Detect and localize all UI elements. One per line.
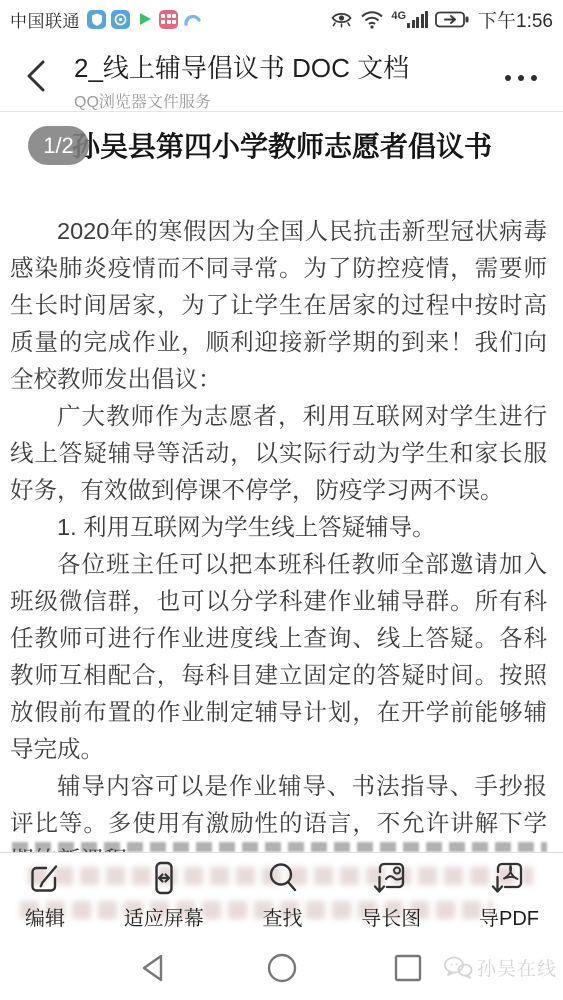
nav-back-button[interactable] bbox=[134, 950, 170, 986]
nav-recents-square-icon bbox=[393, 953, 423, 983]
grid-app-icon bbox=[159, 10, 178, 29]
toolbar-item-label: 查找 bbox=[263, 902, 303, 931]
bottom-toolbar: 编辑 适应屏幕 查找 bbox=[0, 852, 563, 938]
document-heading: 孙吴县第四小学教师志愿者倡议书 bbox=[72, 127, 547, 167]
system-navbar: 孙吴在线 bbox=[0, 938, 563, 1000]
back-chevron-icon bbox=[24, 59, 48, 93]
edit-icon bbox=[24, 857, 66, 899]
export-long-image-icon bbox=[370, 857, 412, 899]
notification-icons bbox=[87, 10, 202, 29]
watermark: 孙吴在线 bbox=[443, 954, 557, 981]
export-pdf-button[interactable]: 导PDF bbox=[479, 857, 539, 931]
toolbar-item-label: 适应屏幕 bbox=[124, 902, 204, 931]
document-title: 2_线上辅导倡议书 DOC 文档 bbox=[74, 48, 473, 85]
signal-icon: 4G bbox=[391, 11, 428, 28]
wifi-icon bbox=[360, 10, 384, 29]
export-long-image-button[interactable]: 导长图 bbox=[361, 857, 421, 931]
eye-protection-icon bbox=[330, 10, 353, 28]
export-pdf-icon bbox=[488, 857, 530, 899]
clipped-text-line bbox=[12, 842, 547, 852]
nav-recents-button[interactable] bbox=[390, 950, 426, 986]
status-bar: 中国联通 bbox=[0, 0, 563, 38]
status-right-cluster: 4G 下午1:56 bbox=[330, 6, 553, 33]
shield-app-icon bbox=[87, 10, 106, 29]
more-dots-icon bbox=[505, 75, 511, 81]
crescent-app-icon bbox=[183, 10, 202, 29]
nav-home-circle-icon bbox=[266, 952, 298, 984]
watermark-text: 孙吴在线 bbox=[477, 954, 557, 981]
document-subtitle: QQ浏览器文件服务 bbox=[74, 89, 473, 112]
play-app-icon bbox=[135, 10, 154, 29]
nav-back-triangle-icon bbox=[137, 952, 167, 984]
back-button[interactable] bbox=[20, 60, 52, 92]
document-viewer[interactable]: 1/2 孙吴县第四小学教师志愿者倡议书 2020年的寒假因为全国人民抗击新型冠状… bbox=[0, 113, 563, 852]
toolbar-item-label: 导长图 bbox=[361, 902, 421, 931]
phone-screen: 中国联通 bbox=[0, 0, 563, 1000]
find-button[interactable]: 查找 bbox=[262, 857, 304, 931]
paragraph: 各位班主任可以把本班科任教师全部邀请加入班级微信群，也可以分学科建作业辅导群。所… bbox=[0, 546, 563, 768]
search-icon bbox=[262, 857, 304, 899]
safe-app-icon bbox=[111, 10, 130, 29]
toolbar-item-label: 导PDF bbox=[479, 902, 539, 931]
more-menu-button[interactable] bbox=[497, 66, 545, 90]
header-titles: 2_线上辅导倡议书 DOC 文档 QQ浏览器文件服务 bbox=[74, 48, 473, 112]
chat-bubbles-logo-icon bbox=[443, 955, 473, 981]
paragraph: 2020年的寒假因为全国人民抗击新型冠状病毒感染肺炎疫情而不同寻常。为了防控疫情… bbox=[0, 213, 563, 398]
paragraph: 1. 利用互联网为学生线上答疑辅导。 bbox=[0, 509, 563, 546]
edit-button[interactable]: 编辑 bbox=[24, 857, 66, 931]
paragraph: 广大教师作为志愿者，利用互联网对学生进行线上答疑辅导等活动，以实际行动为学生和家… bbox=[0, 398, 563, 509]
paragraph: 辅导内容可以是作业辅导、书法指导、手抄报评比等。多使用有激励性的语言，不允许讲解… bbox=[0, 768, 563, 852]
nav-home-button[interactable] bbox=[264, 950, 300, 986]
document-body: 2020年的寒假因为全国人民抗击新型冠状病毒感染肺炎疫情而不同寻常。为了防控疫情… bbox=[0, 213, 563, 852]
carrier-label: 中国联通 bbox=[10, 7, 80, 32]
toolbar-item-label: 编辑 bbox=[25, 902, 65, 931]
clock-label: 下午1:56 bbox=[478, 6, 553, 33]
fit-screen-icon bbox=[143, 857, 185, 899]
fit-screen-button[interactable]: 适应屏幕 bbox=[124, 857, 204, 931]
battery-charging-icon bbox=[435, 11, 469, 28]
network-type-label: 4G bbox=[391, 10, 406, 22]
page-indicator-badge: 1/2 bbox=[28, 126, 89, 165]
app-header: 2_线上辅导倡议书 DOC 文档 QQ浏览器文件服务 bbox=[0, 38, 563, 112]
